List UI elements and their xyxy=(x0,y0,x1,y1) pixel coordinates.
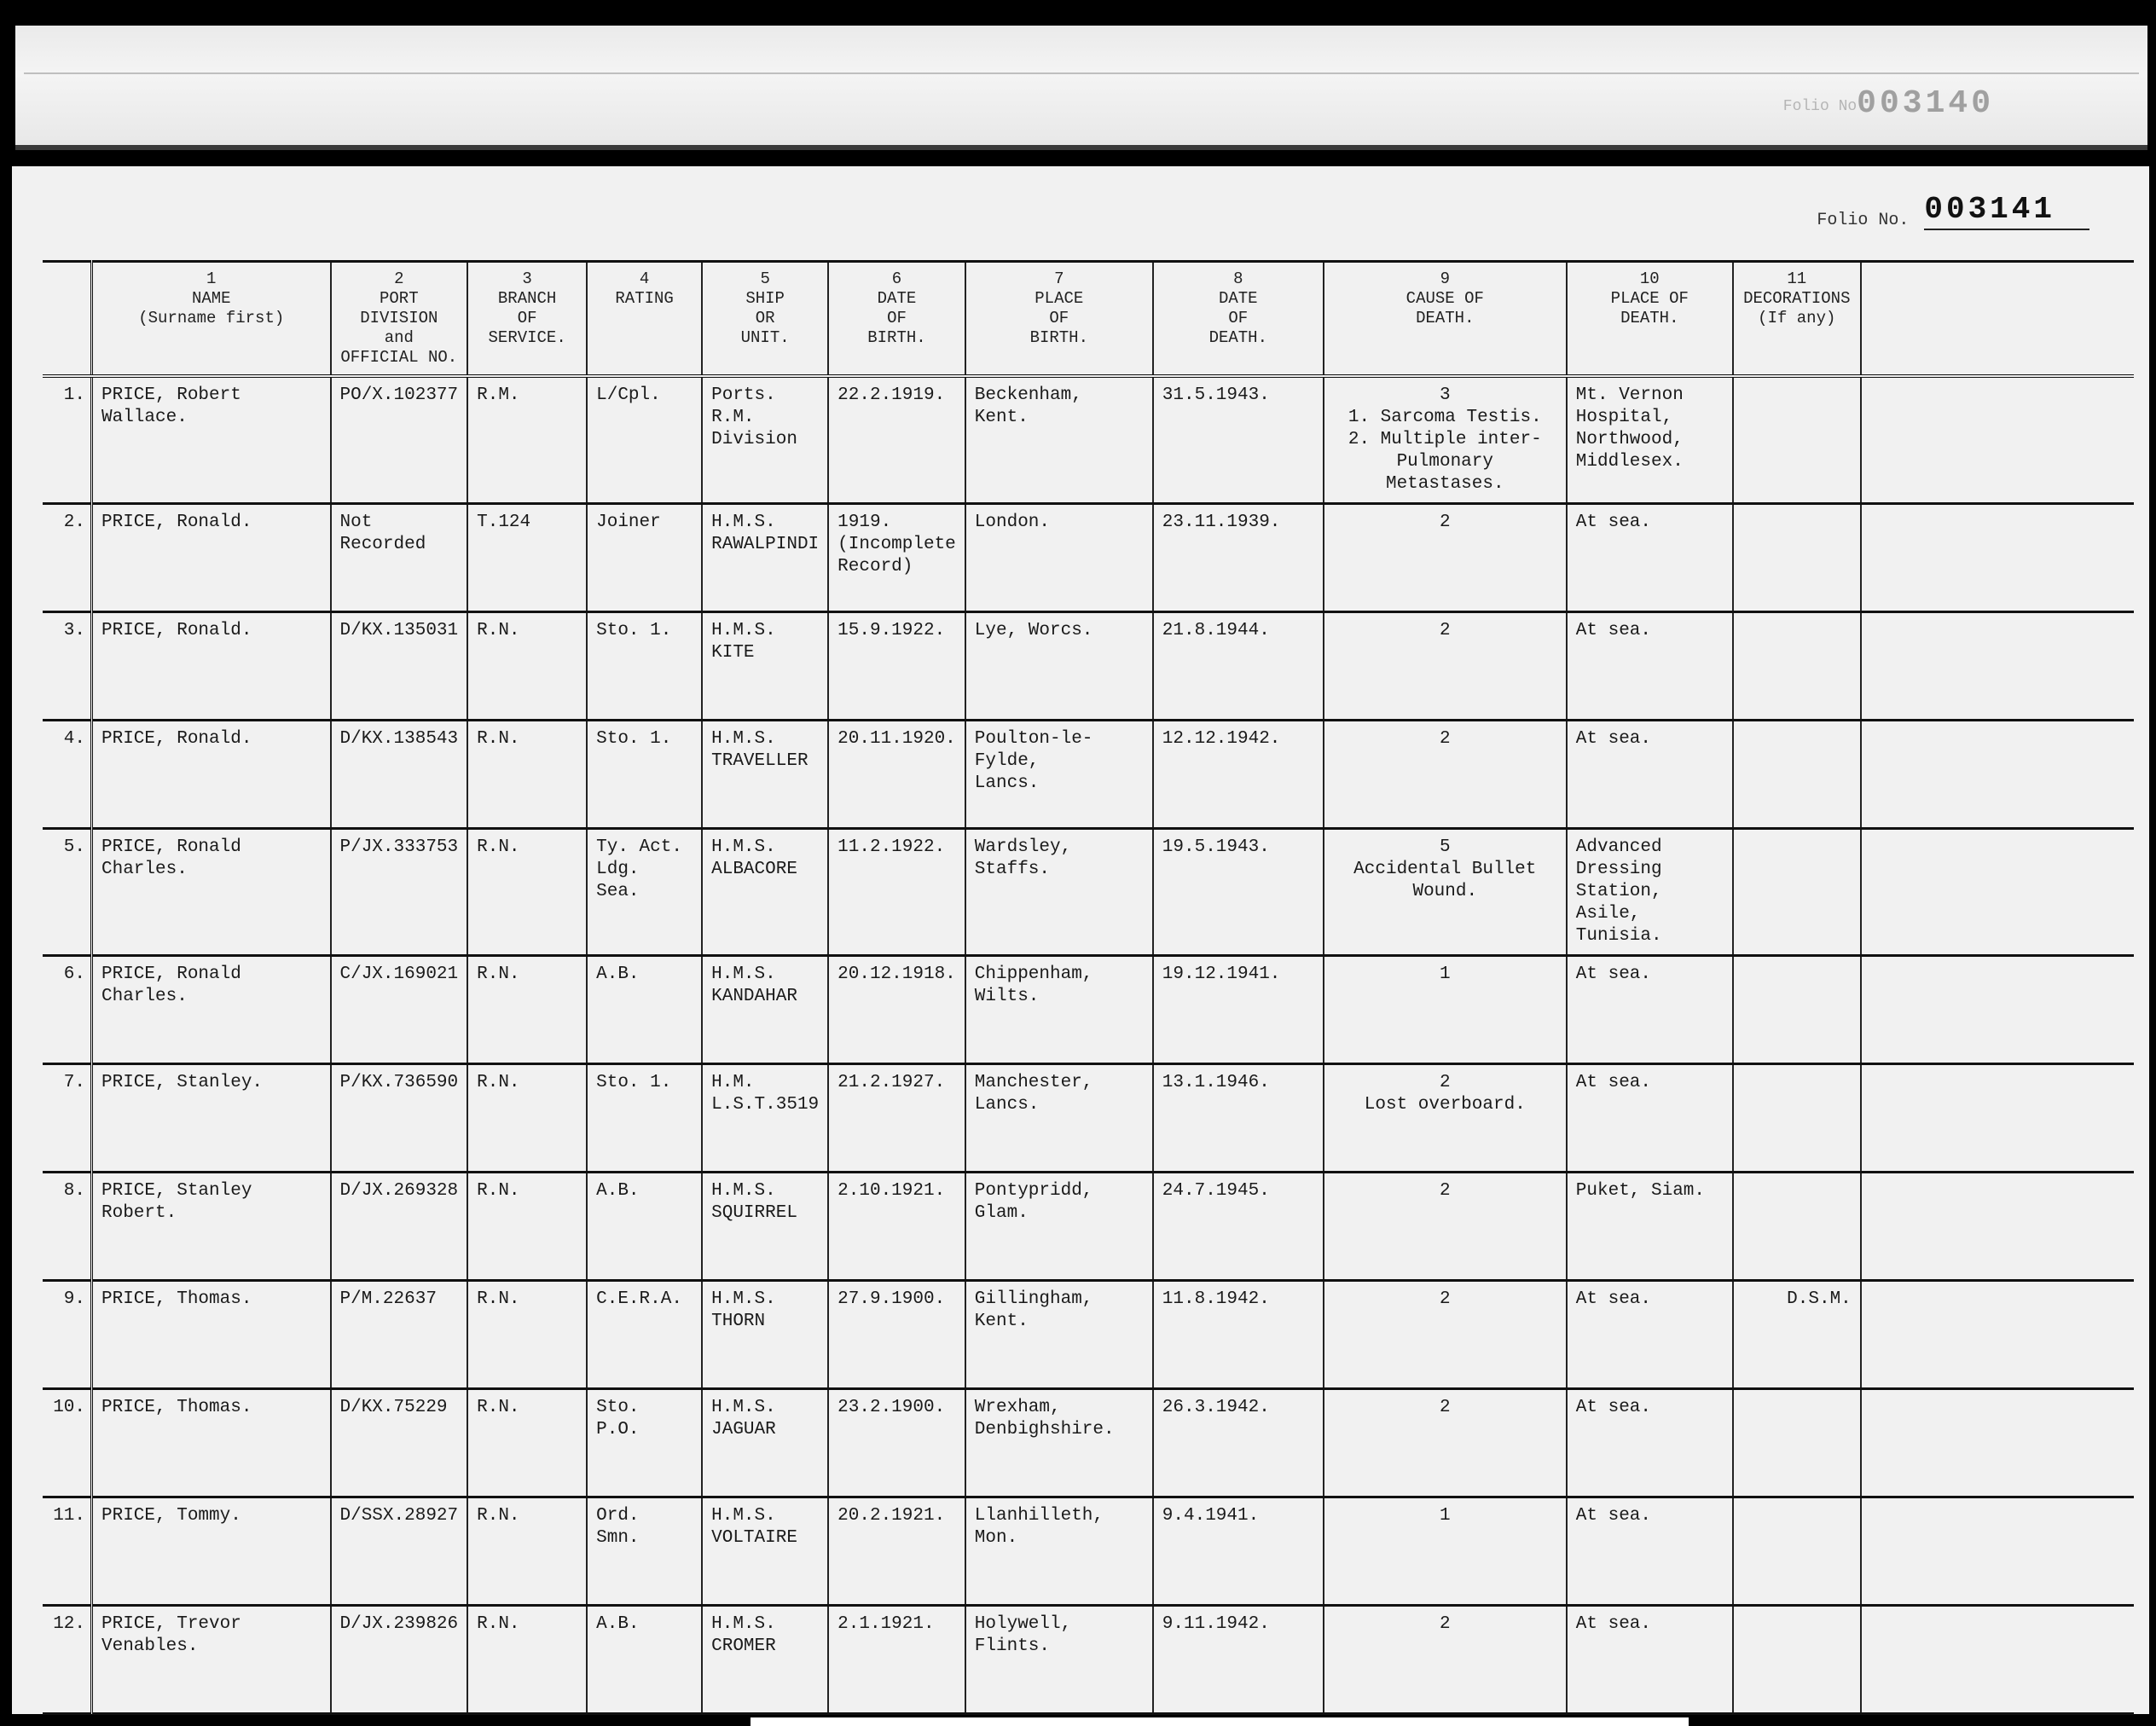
pod-cell: At sea. xyxy=(1567,1064,1733,1173)
pob-cell: Beckenham, Kent. xyxy=(965,376,1153,504)
pob-cell: Wardsley, Staffs. xyxy=(965,829,1153,956)
ghost-folio-label: Folio No. xyxy=(1783,98,1866,115)
pod-cell: Advanced Dressing Station, Asile, Tunisi… xyxy=(1567,829,1733,956)
rating-cell: A.B. xyxy=(587,956,702,1064)
cause-cell: 2 xyxy=(1324,1389,1567,1497)
rating-cell: Joiner xyxy=(587,504,702,612)
name-cell: PRICE, Trevor Venables. xyxy=(92,1606,331,1714)
pod-cell: At sea. xyxy=(1567,612,1733,721)
row-index: 6. xyxy=(43,956,92,1064)
table-row: 5.PRICE, Ronald Charles.P/JX.333753R.N.T… xyxy=(43,829,2134,956)
row-index: 9. xyxy=(43,1281,92,1389)
ship-cell: H.M.S. KANDAHAR xyxy=(702,956,828,1064)
pod-cell: At sea. xyxy=(1567,504,1733,612)
rating-cell: A.B. xyxy=(587,1173,702,1281)
header-row: 1NAME (Surname first) 2PORT DIVISION and… xyxy=(43,262,2134,377)
decorations-cell xyxy=(1733,1173,1861,1281)
cause-cell: 2 xyxy=(1324,1281,1567,1389)
official-no-cell: P/M.22637 xyxy=(331,1281,468,1389)
rating-cell: Sto. P.O. xyxy=(587,1389,702,1497)
name-cell: PRICE, Ronald. xyxy=(92,721,331,829)
ship-cell: H.M.S. RAWALPINDI xyxy=(702,504,828,612)
table-row: 1.PRICE, Robert Wallace.PO/X.102377R.M.L… xyxy=(43,376,2134,504)
register-sheet: Folio No. 003141 1NAME (Surname first) 2… xyxy=(12,166,2149,1714)
dod-cell: 23.11.1939. xyxy=(1153,504,1324,612)
table-row: 12.PRICE, Trevor Venables.D/JX.239826R.N… xyxy=(43,1606,2134,1714)
pob-cell: Lye, Worcs. xyxy=(965,612,1153,721)
branch-cell: R.N. xyxy=(467,721,587,829)
table-row: 7.PRICE, Stanley.P/KX.736590R.N.Sto. 1.H… xyxy=(43,1064,2134,1173)
ship-cell: H.M.S. TRAVELLER xyxy=(702,721,828,829)
header-ship: 5SHIP OR UNIT. xyxy=(702,262,828,377)
official-no-cell: D/KX.135031 xyxy=(331,612,468,721)
pob-cell: Llanhilleth, Mon. xyxy=(965,1497,1153,1606)
branch-cell: R.M. xyxy=(467,376,587,504)
pob-cell: Pontypridd, Glam. xyxy=(965,1173,1153,1281)
row-index: 12. xyxy=(43,1606,92,1714)
cause-cell: 3 1. Sarcoma Testis. 2. Multiple inter- … xyxy=(1324,376,1567,504)
official-no-cell: D/KX.138543 xyxy=(331,721,468,829)
name-cell: PRICE, Ronald Charles. xyxy=(92,956,331,1064)
dod-cell: 19.5.1943. xyxy=(1153,829,1324,956)
dob-cell: 20.12.1918. xyxy=(828,956,965,1064)
table-row: 9.PRICE, Thomas.P/M.22637R.N.C.E.R.A.H.M… xyxy=(43,1281,2134,1389)
row-index: 8. xyxy=(43,1173,92,1281)
name-cell: PRICE, Ronald. xyxy=(92,612,331,721)
branch-cell: R.N. xyxy=(467,1389,587,1497)
name-cell: PRICE, Thomas. xyxy=(92,1281,331,1389)
cause-cell: 5 Accidental Bullet Wound. xyxy=(1324,829,1567,956)
dob-cell: 22.2.1919. xyxy=(828,376,965,504)
row-index: 11. xyxy=(43,1497,92,1606)
ship-cell: H.M.S. KITE xyxy=(702,612,828,721)
dod-cell: 13.1.1946. xyxy=(1153,1064,1324,1173)
row-index: 3. xyxy=(43,612,92,721)
ghost-folio-stamp: 003140 xyxy=(1857,85,1994,122)
dod-cell: 12.12.1942. xyxy=(1153,721,1324,829)
ship-cell: Ports. R.M. Division xyxy=(702,376,828,504)
dob-cell: 15.9.1922. xyxy=(828,612,965,721)
branch-cell: R.N. xyxy=(467,829,587,956)
cause-cell: 2 xyxy=(1324,1173,1567,1281)
rating-cell: Sto. 1. xyxy=(587,612,702,721)
header-branch: 3BRANCH OF SERVICE. xyxy=(467,262,587,377)
table-row: 4.PRICE, Ronald.D/KX.138543R.N.Sto. 1.H.… xyxy=(43,721,2134,829)
name-cell: PRICE, Tommy. xyxy=(92,1497,331,1606)
decorations-cell xyxy=(1733,612,1861,721)
casualty-register-table: 1NAME (Surname first) 2PORT DIVISION and… xyxy=(43,260,2134,1715)
pob-cell: Gillingham, Kent. xyxy=(965,1281,1153,1389)
name-cell: PRICE, Ronald. xyxy=(92,504,331,612)
header-name: 1NAME (Surname first) xyxy=(92,262,331,377)
branch-cell: T.124 xyxy=(467,504,587,612)
spare-cell xyxy=(1861,376,2134,504)
rating-cell: Ty. Act. Ldg. Sea. xyxy=(587,829,702,956)
dob-cell: 1919. (Incomplete Record) xyxy=(828,504,965,612)
spare-cell xyxy=(1861,956,2134,1064)
pob-cell: Poulton-le-Fylde, Lancs. xyxy=(965,721,1153,829)
dob-cell: 20.2.1921. xyxy=(828,1497,965,1606)
branch-cell: R.N. xyxy=(467,1281,587,1389)
row-index: 2. xyxy=(43,504,92,612)
name-cell: PRICE, Thomas. xyxy=(92,1389,331,1497)
spare-cell xyxy=(1861,1497,2134,1606)
dod-cell: 9.11.1942. xyxy=(1153,1606,1324,1714)
dob-cell: 23.2.1900. xyxy=(828,1389,965,1497)
dod-cell: 9.4.1941. xyxy=(1153,1497,1324,1606)
dod-cell: 21.8.1944. xyxy=(1153,612,1324,721)
dob-cell: 21.2.1927. xyxy=(828,1064,965,1173)
spare-cell xyxy=(1861,1606,2134,1714)
row-index: 5. xyxy=(43,829,92,956)
dod-cell: 11.8.1942. xyxy=(1153,1281,1324,1389)
dod-cell: 26.3.1942. xyxy=(1153,1389,1324,1497)
cause-cell: 2 xyxy=(1324,1606,1567,1714)
dob-cell: 2.10.1921. xyxy=(828,1173,965,1281)
official-no-cell: D/JX.269328 xyxy=(331,1173,468,1281)
decorations-cell xyxy=(1733,376,1861,504)
row-index: 1. xyxy=(43,376,92,504)
faint-rule xyxy=(24,72,2139,74)
dod-cell: 24.7.1945. xyxy=(1153,1173,1324,1281)
table-row: 8.PRICE, Stanley Robert.D/JX.269328R.N.A… xyxy=(43,1173,2134,1281)
dod-cell: 31.5.1943. xyxy=(1153,376,1324,504)
header-pod: 10PLACE OF DEATH. xyxy=(1567,262,1733,377)
official-no-cell: P/KX.736590 xyxy=(331,1064,468,1173)
header-dob: 6DATE OF BIRTH. xyxy=(828,262,965,377)
rating-cell: Sto. 1. xyxy=(587,721,702,829)
official-no-cell: PO/X.102377 xyxy=(331,376,468,504)
official-no-cell: D/SSX.28927 xyxy=(331,1497,468,1606)
branch-cell: R.N. xyxy=(467,956,587,1064)
dod-cell: 19.12.1941. xyxy=(1153,956,1324,1064)
spare-cell xyxy=(1861,1389,2134,1497)
folio-label: Folio No. xyxy=(1817,211,1909,230)
decorations-cell xyxy=(1733,1064,1861,1173)
decorations-cell: D.S.M. xyxy=(1733,1281,1861,1389)
rating-cell: Sto. 1. xyxy=(587,1064,702,1173)
row-index: 10. xyxy=(43,1389,92,1497)
pob-cell: Holywell, Flints. xyxy=(965,1606,1153,1714)
header-rating: 4RATING xyxy=(587,262,702,377)
dob-cell: 2.1.1921. xyxy=(828,1606,965,1714)
official-no-cell: Not Recorded xyxy=(331,504,468,612)
previous-page-strip: Folio No. 003140 xyxy=(15,26,2147,150)
rating-cell: Ord. Smn. xyxy=(587,1497,702,1606)
pod-cell: Mt. Vernon Hospital, Northwood, Middlese… xyxy=(1567,376,1733,504)
cause-cell: 2 xyxy=(1324,721,1567,829)
pod-cell: At sea. xyxy=(1567,1497,1733,1606)
row-index: 4. xyxy=(43,721,92,829)
rating-cell: A.B. xyxy=(587,1606,702,1714)
ship-cell: H.M. L.S.T.3519 xyxy=(702,1064,828,1173)
pob-cell: Chippenham, Wilts. xyxy=(965,956,1153,1064)
name-cell: PRICE, Stanley. xyxy=(92,1064,331,1173)
branch-cell: R.N. xyxy=(467,1064,587,1173)
decorations-cell xyxy=(1733,829,1861,956)
official-no-cell: D/KX.75229 xyxy=(331,1389,468,1497)
header-spare xyxy=(1861,262,2134,377)
decorations-cell xyxy=(1733,1497,1861,1606)
dob-cell: 20.11.1920. xyxy=(828,721,965,829)
decorations-cell xyxy=(1733,721,1861,829)
branch-cell: R.N. xyxy=(467,1497,587,1606)
ship-cell: H.M.S. ALBACORE xyxy=(702,829,828,956)
pod-cell: At sea. xyxy=(1567,1606,1733,1714)
scan-edge xyxy=(751,1717,1689,1726)
branch-cell: R.N. xyxy=(467,1173,587,1281)
table-row: 10.PRICE, Thomas.D/KX.75229R.N.Sto. P.O.… xyxy=(43,1389,2134,1497)
pod-cell: Puket, Siam. xyxy=(1567,1173,1733,1281)
name-cell: PRICE, Ronald Charles. xyxy=(92,829,331,956)
ship-cell: H.M.S. VOLTAIRE xyxy=(702,1497,828,1606)
rating-cell: L/Cpl. xyxy=(587,376,702,504)
rating-cell: C.E.R.A. xyxy=(587,1281,702,1389)
decorations-cell xyxy=(1733,1606,1861,1714)
cause-cell: 2 xyxy=(1324,612,1567,721)
name-cell: PRICE, Robert Wallace. xyxy=(92,376,331,504)
cause-cell: 2 xyxy=(1324,504,1567,612)
header-official-no: 2PORT DIVISION and OFFICIAL NO. xyxy=(331,262,468,377)
header-index xyxy=(43,262,92,377)
spare-cell xyxy=(1861,829,2134,956)
pod-cell: At sea. xyxy=(1567,1281,1733,1389)
row-index: 7. xyxy=(43,1064,92,1173)
table-row: 11.PRICE, Tommy.D/SSX.28927R.N.Ord. Smn.… xyxy=(43,1497,2134,1606)
pob-cell: London. xyxy=(965,504,1153,612)
pob-cell: Manchester, Lancs. xyxy=(965,1064,1153,1173)
table-row: 6.PRICE, Ronald Charles.C/JX.169021R.N.A… xyxy=(43,956,2134,1064)
spare-cell xyxy=(1861,612,2134,721)
folio-number: Folio No. 003141 xyxy=(1817,192,2089,230)
spare-cell xyxy=(1861,504,2134,612)
pod-cell: At sea. xyxy=(1567,956,1733,1064)
branch-cell: R.N. xyxy=(467,1606,587,1714)
decorations-cell xyxy=(1733,504,1861,612)
dob-cell: 27.9.1900. xyxy=(828,1281,965,1389)
table-row: 2.PRICE, Ronald.Not RecordedT.124JoinerH… xyxy=(43,504,2134,612)
official-no-cell: C/JX.169021 xyxy=(331,956,468,1064)
branch-cell: R.N. xyxy=(467,612,587,721)
cause-cell: 1 xyxy=(1324,1497,1567,1606)
spare-cell xyxy=(1861,1173,2134,1281)
ship-cell: H.M.S. JAGUAR xyxy=(702,1389,828,1497)
spare-cell xyxy=(1861,1064,2134,1173)
cause-cell: 1 xyxy=(1324,956,1567,1064)
folio-value: 003141 xyxy=(1924,192,2089,230)
ship-cell: H.M.S. SQUIRREL xyxy=(702,1173,828,1281)
header-pob: 7PLACE OF BIRTH. xyxy=(965,262,1153,377)
header-decorations: 11DECORATIONS (If any) xyxy=(1733,262,1861,377)
decorations-cell xyxy=(1733,1389,1861,1497)
decorations-cell xyxy=(1733,956,1861,1064)
ship-cell: H.M.S. CROMER xyxy=(702,1606,828,1714)
official-no-cell: D/JX.239826 xyxy=(331,1606,468,1714)
header-dod: 8DATE OF DEATH. xyxy=(1153,262,1324,377)
header-cause: 9CAUSE OF DEATH. xyxy=(1324,262,1567,377)
pod-cell: At sea. xyxy=(1567,1389,1733,1497)
cause-cell: 2 Lost overboard. xyxy=(1324,1064,1567,1173)
name-cell: PRICE, Stanley Robert. xyxy=(92,1173,331,1281)
spare-cell xyxy=(1861,721,2134,829)
table-row: 3.PRICE, Ronald.D/KX.135031R.N.Sto. 1.H.… xyxy=(43,612,2134,721)
ship-cell: H.M.S. THORN xyxy=(702,1281,828,1389)
pod-cell: At sea. xyxy=(1567,721,1733,829)
official-no-cell: P/JX.333753 xyxy=(331,829,468,956)
pob-cell: Wrexham, Denbighshire. xyxy=(965,1389,1153,1497)
dob-cell: 11.2.1922. xyxy=(828,829,965,956)
spare-cell xyxy=(1861,1281,2134,1389)
